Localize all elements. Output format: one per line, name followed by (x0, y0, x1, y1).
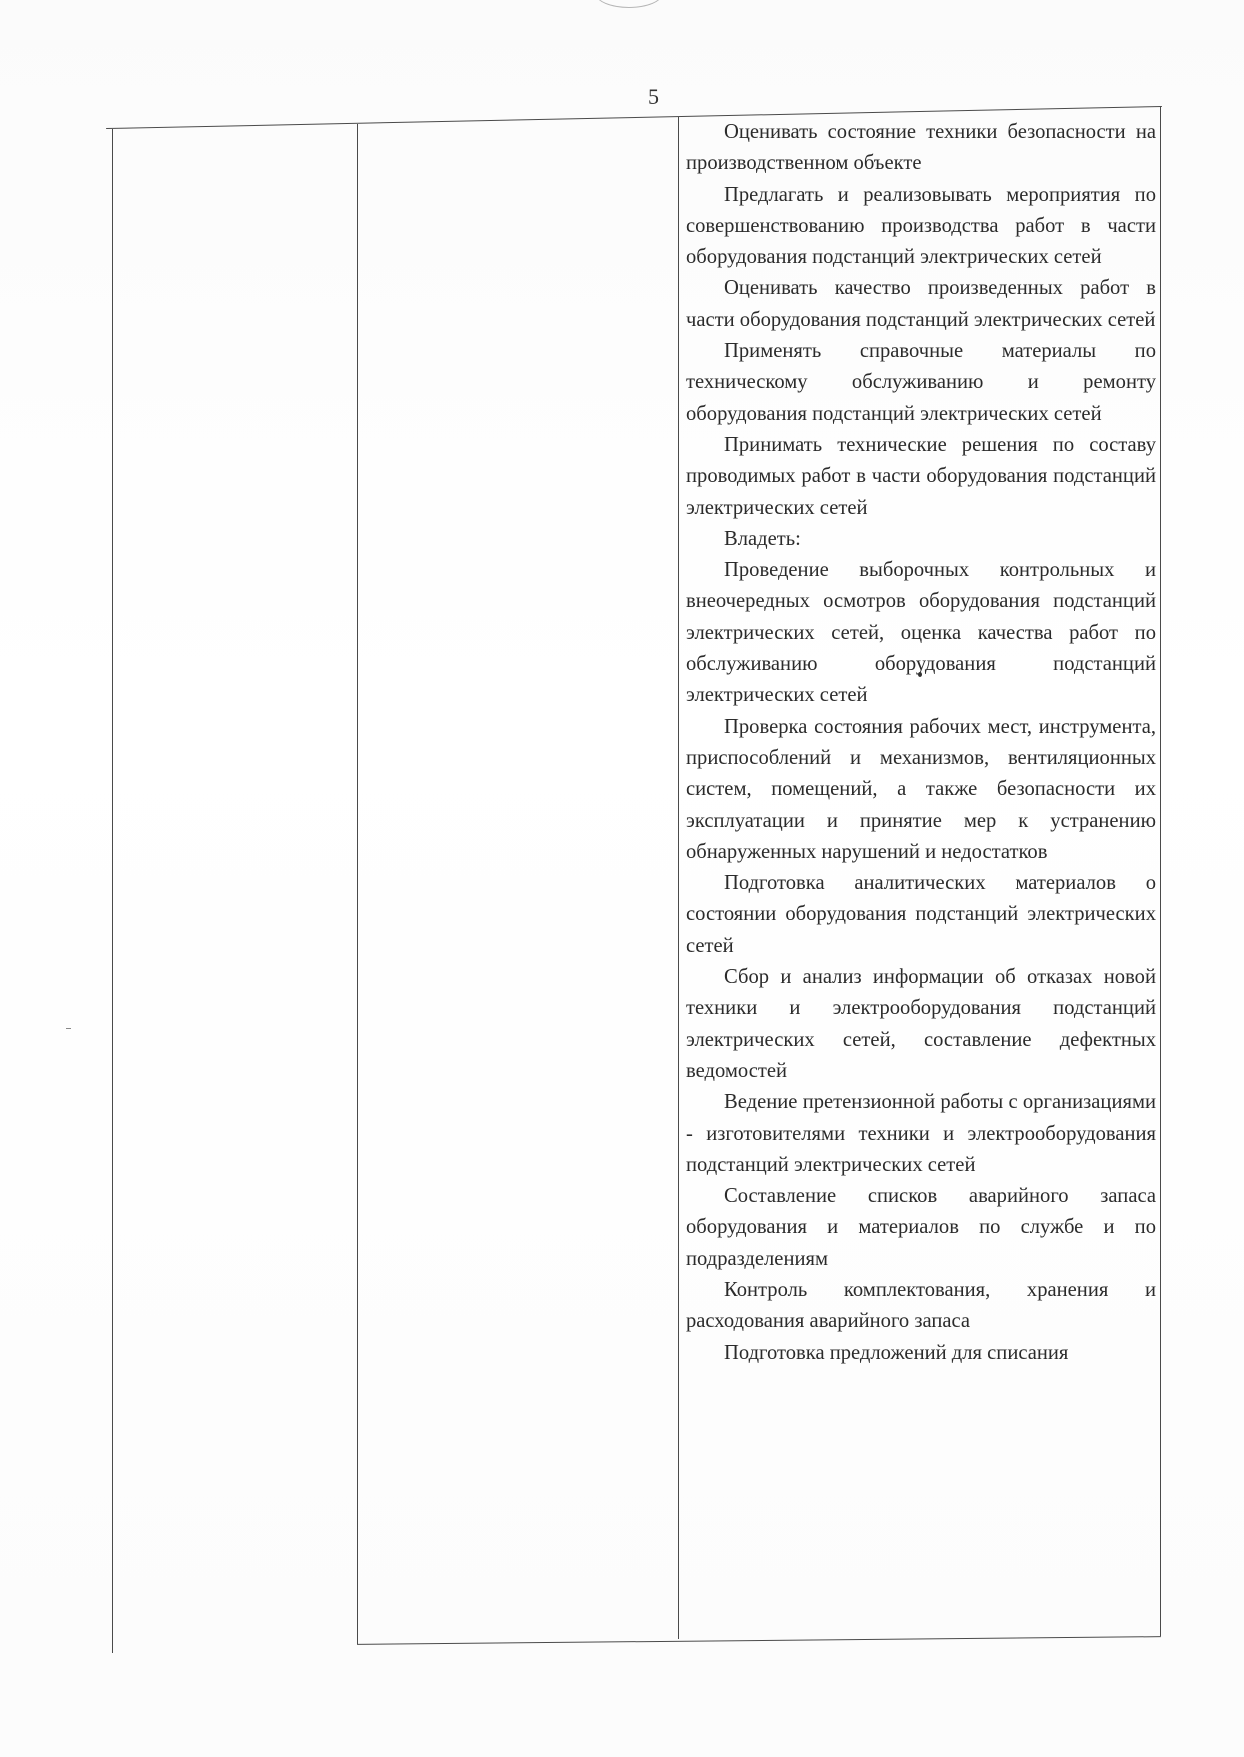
table-cell-col1 (113, 128, 356, 1640)
binding-hole-mark (595, 0, 663, 8)
paragraph-claims-work: Ведение претензионной работы с организац… (686, 1087, 1156, 1181)
paragraph-assess-quality: Оценивать качество произведенных работ в… (686, 273, 1156, 336)
page-number: 5 (648, 84, 659, 110)
column-divider-2 (678, 117, 679, 1639)
paragraph-apply-references: Применять справочные материалы по технич… (686, 336, 1156, 430)
paragraph-workplace-check: Проверка состояния рабочих мест, инструм… (686, 712, 1156, 868)
paragraph-emergency-lists: Составление списков аварийного запаса об… (686, 1181, 1156, 1275)
paragraph-propose-measures: Предлагать и реализовывать мероприятия п… (686, 180, 1156, 274)
paragraph-assess-safety: Оценивать состояние техники безопасности… (686, 117, 1156, 180)
table-right-border (1160, 106, 1161, 1636)
paragraph-emergency-control: Контроль комплектования, хранения и расх… (686, 1275, 1156, 1338)
table-cell-col3: Оценивать состояние техники безопасности… (686, 117, 1156, 1369)
paragraph-inspections: Проведение выборочных контрольных и внео… (686, 555, 1156, 711)
scan-artifact-dot (918, 672, 922, 677)
paragraph-analytics: Подготовка аналитических материалов о со… (686, 868, 1156, 962)
paragraph-failure-analysis: Сбор и анализ информации об отказах ново… (686, 962, 1156, 1087)
scan-artifact-mark (66, 1028, 71, 1029)
table-cell-col2 (358, 122, 677, 1640)
paragraph-technical-decisions: Принимать технические решения по составу… (686, 430, 1156, 524)
paragraph-write-off-proposals: Подготовка предложений для списания (686, 1338, 1156, 1369)
paragraph-heading-possess: Владеть: (686, 524, 1156, 555)
